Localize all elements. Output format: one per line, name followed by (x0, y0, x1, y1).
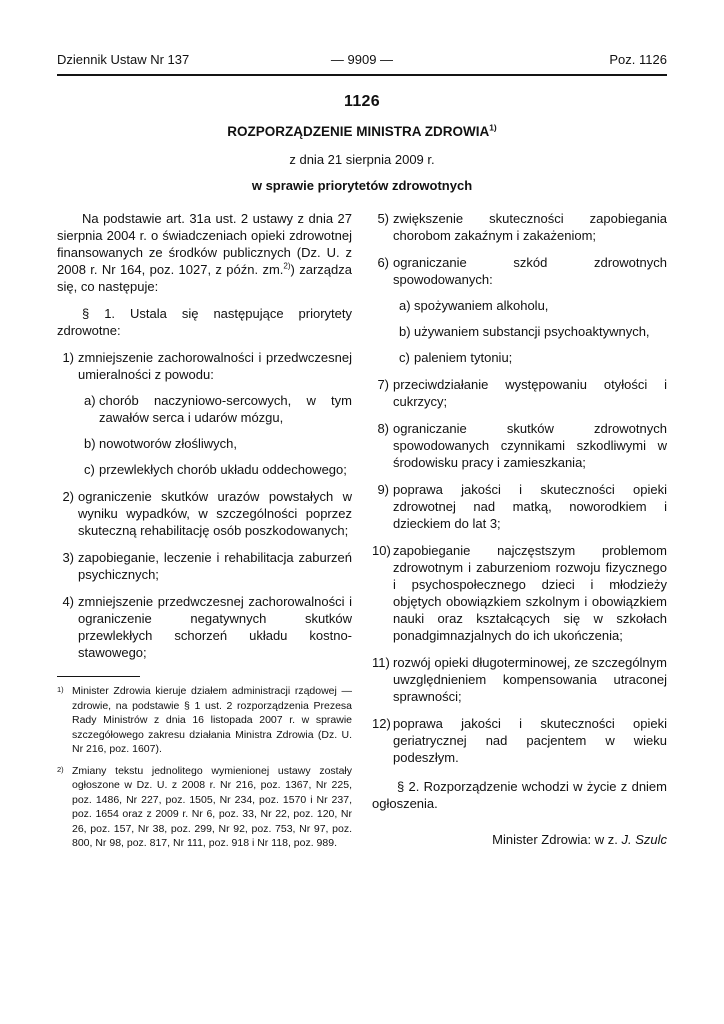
left-column: Na podstawie art. 31a ust. 2 ustawy z dn… (57, 210, 352, 851)
list-item-11: 11) rozwój opieki długoterminowej, ze sz… (372, 654, 667, 705)
list-item-12: 12) poprawa jakości i skuteczności opiek… (372, 715, 667, 766)
item-text: zmniejszenie przedwczesnej zachorowalnoś… (78, 594, 352, 660)
header-rule (57, 74, 667, 76)
body-columns: Na podstawie art. 31a ust. 2 ustawy z dn… (57, 210, 667, 851)
list-item-2: 2) ograniczenie skutków urazów powstałyc… (57, 488, 352, 539)
item-number: 12) (372, 715, 389, 732)
subitem-1b: b) nowotworów złośliwych, (84, 435, 352, 452)
subitem-letter: b) (84, 435, 96, 452)
signature-prefix: Minister Zdrowia: w z. (492, 832, 621, 847)
subitem-text: chorób naczyniowo-sercowych, w tym zawał… (99, 393, 352, 425)
item-number: 10) (372, 542, 389, 559)
subitem-letter: c) (399, 349, 410, 366)
footnote-ref-2-marker: 2) (283, 262, 290, 271)
subitem-6c: c) paleniem tytoniu; (399, 349, 667, 366)
footnote-2: 2) Zmiany tekstu jednolitego wymienionej… (57, 764, 352, 851)
subitem-6a: a) spożywaniem alkoholu, (399, 297, 667, 314)
list-item-9: 9) poprawa jakości i skuteczności opieki… (372, 481, 667, 532)
item-number: 11) (372, 654, 389, 671)
list-item-10: 10) zapobieganie najczęstszym problemom … (372, 542, 667, 644)
item-text: poprawa jakości i skuteczności opieki ge… (393, 716, 667, 765)
subitem-letter: a) (84, 392, 96, 409)
item-text: poprawa jakości i skuteczności opieki zd… (393, 482, 667, 531)
page-number: — 9909 — (260, 52, 463, 67)
act-subject: w sprawie priorytetów zdrowotnych (57, 178, 667, 193)
position-number: Poz. 1126 (464, 52, 667, 67)
list-item-6: 6) ograniczanie szkód zdrowotnych spowod… (372, 254, 667, 366)
subitem-text: nowotworów złośliwych, (99, 436, 237, 451)
subitem-letter: b) (399, 323, 411, 340)
item-number: 1) (57, 349, 74, 366)
item-number: 5) (372, 210, 389, 227)
item-text: zapobieganie najczęstszym problemom zdro… (393, 543, 667, 643)
footnote-ref: 2) (57, 763, 64, 778)
act-number: 1126 (57, 93, 667, 111)
list-item-4: 4) zmniejszenie przedwczesnej zachorowal… (57, 593, 352, 661)
subitem-6b: b) używaniem substancji psychoaktywnych, (399, 323, 667, 340)
item-number: 2) (57, 488, 74, 505)
list-item-7: 7) przeciwdziałanie występowaniu otyłośc… (372, 376, 667, 410)
item-number: 3) (57, 549, 74, 566)
subitem-text: przewlekłych chorób układu oddechowego; (99, 462, 347, 477)
item-text: zmniejszenie zachorowalności i przedwcze… (78, 350, 352, 382)
subitem-text: spożywaniem alkoholu, (414, 298, 548, 313)
item-text: ograniczanie szkód zdrowotnych spowodowa… (393, 255, 667, 287)
right-column: 5) zwiększenie skuteczności zapobiegania… (372, 210, 667, 851)
footnote-text: Zmiany tekstu jednolitego wymienionej us… (72, 765, 352, 850)
subitem-1a: a) chorób naczyniowo-sercowych, w tym za… (84, 392, 352, 426)
list-item-8: 8) ograniczanie skutków zdrowotnych spow… (372, 420, 667, 471)
item-number: 7) (372, 376, 389, 393)
act-date: z dnia 21 sierpnia 2009 r. (57, 152, 667, 167)
footnote-text: Minister Zdrowia kieruje działem adminis… (72, 685, 352, 755)
signature-line: Minister Zdrowia: w z. J. Szulc (372, 831, 667, 848)
item-number: 4) (57, 593, 74, 610)
footnote-separator (57, 676, 140, 677)
list-item-1: 1) zmniejszenie zachorowalności i przedw… (57, 349, 352, 478)
item-number: 6) (372, 254, 389, 271)
item-text: ograniczanie skutków zdrowotnych spowodo… (393, 421, 667, 470)
subitem-letter: c) (84, 461, 95, 478)
item-number: 8) (372, 420, 389, 437)
item-number: 9) (372, 481, 389, 498)
intro-paragraph: Na podstawie art. 31a ust. 2 ustawy z dn… (57, 210, 352, 295)
item-text: zapobieganie, leczenie i rehabilitacja z… (78, 550, 352, 582)
journal-title: Dziennik Ustaw Nr 137 (57, 52, 260, 67)
item-text: ograniczenie skutków urazów powstałych w… (78, 489, 352, 538)
subitem-text: paleniem tytoniu; (414, 350, 512, 365)
subitem-1c: c) przewlekłych chorób układu oddechoweg… (84, 461, 352, 478)
subitem-letter: a) (399, 297, 411, 314)
footnote-ref: 1) (57, 683, 64, 698)
document-page: Dziennik Ustaw Nr 137 — 9909 — Poz. 1126… (0, 0, 724, 1024)
section-2-paragraph: § 2. Rozporządzenie wchodzi w życie z dn… (372, 778, 667, 812)
item-text: rozwój opieki długoterminowej, ze szczeg… (393, 655, 667, 704)
section-1-paragraph: § 1. Ustala się następujące priorytety z… (57, 305, 352, 339)
page-header: Dziennik Ustaw Nr 137 — 9909 — Poz. 1126 (57, 52, 667, 67)
act-title: ROZPORZĄDZENIE MINISTRA ZDROWIA1) (57, 124, 667, 139)
footnote-1: 1) Minister Zdrowia kieruje działem admi… (57, 684, 352, 757)
item-text: zwiększenie skuteczności zapobiegania ch… (393, 211, 667, 243)
footnote-ref-1-marker: 1) (489, 123, 496, 133)
list-item-5: 5) zwiększenie skuteczności zapobiegania… (372, 210, 667, 244)
signature-name: J. Szulc (621, 832, 667, 847)
act-title-text: ROZPORZĄDZENIE MINISTRA ZDROWIA (227, 124, 489, 139)
item-text: przeciwdziałanie występowaniu otyłości i… (393, 377, 667, 409)
subitem-text: używaniem substancji psychoaktywnych, (414, 324, 650, 339)
list-item-3: 3) zapobieganie, leczenie i rehabilitacj… (57, 549, 352, 583)
